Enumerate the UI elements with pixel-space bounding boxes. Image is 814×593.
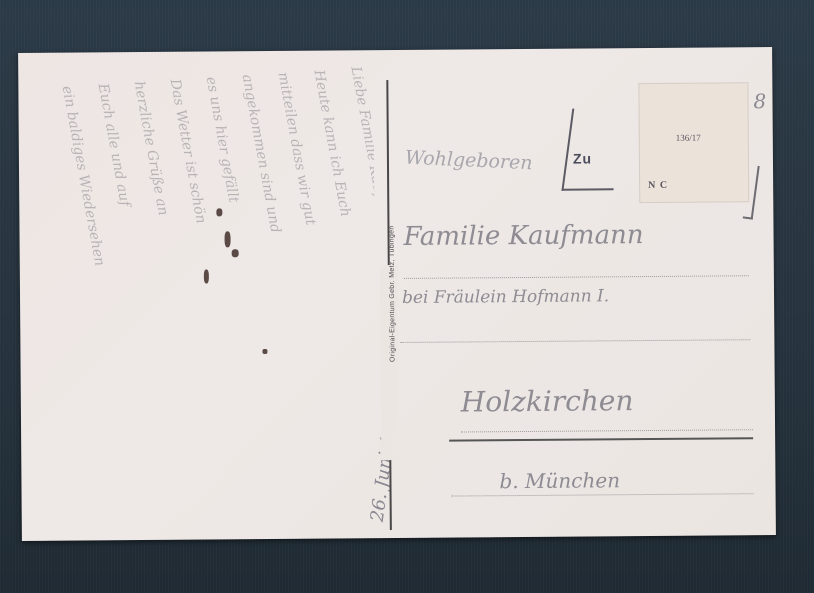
- address-underline: [449, 437, 753, 441]
- message-line: Heute kann ich Euch: [310, 69, 353, 219]
- recipient-name: Familie Kaufmann: [403, 220, 643, 252]
- ink-spot: [262, 349, 267, 354]
- message-line: es uns hier gefällt: [203, 75, 242, 204]
- postage-stamp: 136/17 N C: [638, 82, 749, 203]
- stamp-code: 136/17: [676, 133, 701, 143]
- ink-spot: [216, 208, 222, 216]
- censor-stamp-text: Zu: [573, 150, 592, 166]
- publisher-imprint: Original-Eigentum Gebr. Metz, Tübingen: [388, 225, 396, 362]
- ink-spot: [204, 269, 209, 283]
- message-line: Euch alle und auf: [95, 82, 133, 207]
- message-line: herzliche Grüße an: [131, 80, 171, 217]
- message-line: angekommen sind und: [239, 73, 284, 234]
- ink-spot: [225, 231, 231, 247]
- recipient-care-of: bei Fräulein Hofmann I.: [402, 286, 609, 308]
- address-dotted-line: [452, 493, 754, 496]
- ink-spot: [232, 249, 239, 257]
- form-label: Wohlgeboren: [405, 147, 533, 175]
- censor-stamp-frame: [561, 108, 624, 190]
- message-line: Liebe Familie Kaufmann!: [347, 65, 376, 244]
- message-line: mitteilen dass wir gut: [275, 71, 319, 227]
- address-dotted-line: [404, 275, 749, 279]
- postcard: Liebe Familie Kaufmann! Heute kann ich E…: [18, 47, 776, 541]
- recipient-region: b. München: [499, 468, 620, 493]
- stamp-initials: N C: [648, 180, 668, 191]
- address-dotted-line: [400, 339, 750, 343]
- message-area: Liebe Familie Kaufmann! Heute kann ich E…: [28, 60, 377, 533]
- corner-mark: 8: [753, 89, 766, 113]
- message-line: Das Wetter ist schön: [167, 78, 209, 225]
- recipient-city: Holzkirchen: [461, 384, 634, 418]
- address-dotted-line: [461, 429, 753, 432]
